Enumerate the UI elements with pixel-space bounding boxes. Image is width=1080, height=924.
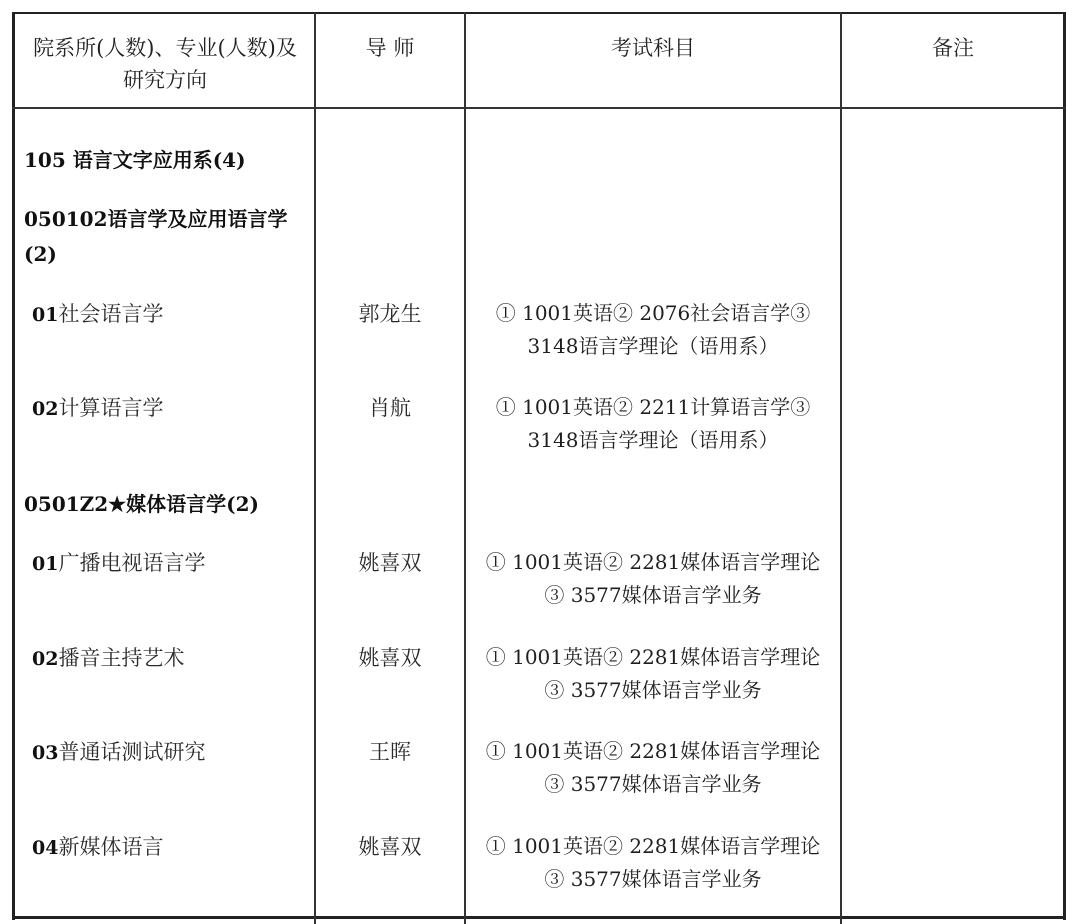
header-exam-subjects: 考试科目 <box>466 12 840 108</box>
direction-code: 04 <box>32 837 58 859</box>
exam-line: ① 1001英语② 2076社会语言学③ <box>466 297 840 330</box>
exam-subjects: ① 1001英语② 2281媒体语言学理论 ③ 3577媒体语言学业务 <box>466 830 840 896</box>
advisor-name: 姚喜双 <box>316 641 464 675</box>
exam-subjects: ① 1001英语② 2281媒体语言学理论 ③ 3577媒体语言学业务 <box>466 641 840 707</box>
header-advisor: 导 师 <box>316 12 464 108</box>
exam-line: ① 1001英语② 2281媒体语言学理论 <box>466 830 840 863</box>
exam-line: ③ 3577媒体语言学业务 <box>466 674 840 707</box>
direction-row: 01社会语言学 <box>32 297 163 332</box>
table-bottom-rule <box>12 916 1066 919</box>
direction-row: 01广播电视语言学 <box>32 546 205 581</box>
exam-line: ① 1001英语② 2281媒体语言学理论 <box>466 735 840 768</box>
exam-line: ③ 3577媒体语言学业务 <box>466 863 840 896</box>
department-title: 105 语言文字应用系(4) <box>24 143 246 177</box>
major-title: 050102语言学及应用语言学 <box>24 202 288 236</box>
exam-line: 3148语言学理论（语用系） <box>466 424 840 457</box>
advisor-name: 姚喜双 <box>316 830 464 864</box>
exam-subjects: ① 1001英语② 2281媒体语言学理论 ③ 3577媒体语言学业务 <box>466 735 840 801</box>
exam-line: ③ 3577媒体语言学业务 <box>466 579 840 612</box>
direction-row: 04新媒体语言 <box>32 830 163 865</box>
direction-row: 02计算语言学 <box>32 391 163 426</box>
major-title: 0501Z2★媒体语言学(2) <box>24 487 259 521</box>
exam-subjects: ① 1001英语② 2281媒体语言学理论 ③ 3577媒体语言学业务 <box>466 546 840 612</box>
exam-line: ③ 3577媒体语言学业务 <box>466 768 840 801</box>
direction-code: 02 <box>32 398 58 420</box>
direction-row: 02播音主持艺术 <box>32 641 184 676</box>
direction-code: 03 <box>32 742 58 764</box>
exam-line: ① 1001英语② 2281媒体语言学理论 <box>466 641 840 674</box>
header-dept-line1: 院系所(人数)、专业(人数)及 <box>15 32 315 64</box>
direction-code: 01 <box>32 304 58 326</box>
direction-name: 计算语言学 <box>58 396 163 420</box>
major-count: (2) <box>24 237 57 271</box>
advisor-name: 姚喜双 <box>316 546 464 580</box>
column-divider <box>314 12 316 924</box>
direction-row: 03普通话测试研究 <box>32 735 205 770</box>
direction-name: 广播电视语言学 <box>58 551 205 575</box>
direction-name: 播音主持艺术 <box>58 646 184 670</box>
exam-subjects: ① 1001英语② 2076社会语言学③ 3148语言学理论（语用系） <box>466 297 840 363</box>
exam-line: ① 1001英语② 2281媒体语言学理论 <box>466 546 840 579</box>
direction-code: 02 <box>32 648 58 670</box>
header-dept-major: 院系所(人数)、专业(人数)及 研究方向 <box>15 12 315 108</box>
exam-line: 3148语言学理论（语用系） <box>466 330 840 363</box>
advisor-name: 肖航 <box>316 391 464 425</box>
exam-line: ① 1001英语② 2211计算语言学③ <box>466 391 840 424</box>
direction-name: 社会语言学 <box>58 302 163 326</box>
direction-name: 新媒体语言 <box>58 835 163 859</box>
exam-subjects: ① 1001英语② 2211计算语言学③ 3148语言学理论（语用系） <box>466 391 840 457</box>
header-dept-line2: 研究方向 <box>15 64 315 96</box>
column-divider <box>840 12 842 924</box>
header-notes: 备注 <box>842 12 1064 108</box>
direction-name: 普通话测试研究 <box>58 740 205 764</box>
advisor-name: 王晖 <box>316 735 464 769</box>
advisor-name: 郭龙生 <box>316 297 464 331</box>
direction-code: 01 <box>32 553 58 575</box>
